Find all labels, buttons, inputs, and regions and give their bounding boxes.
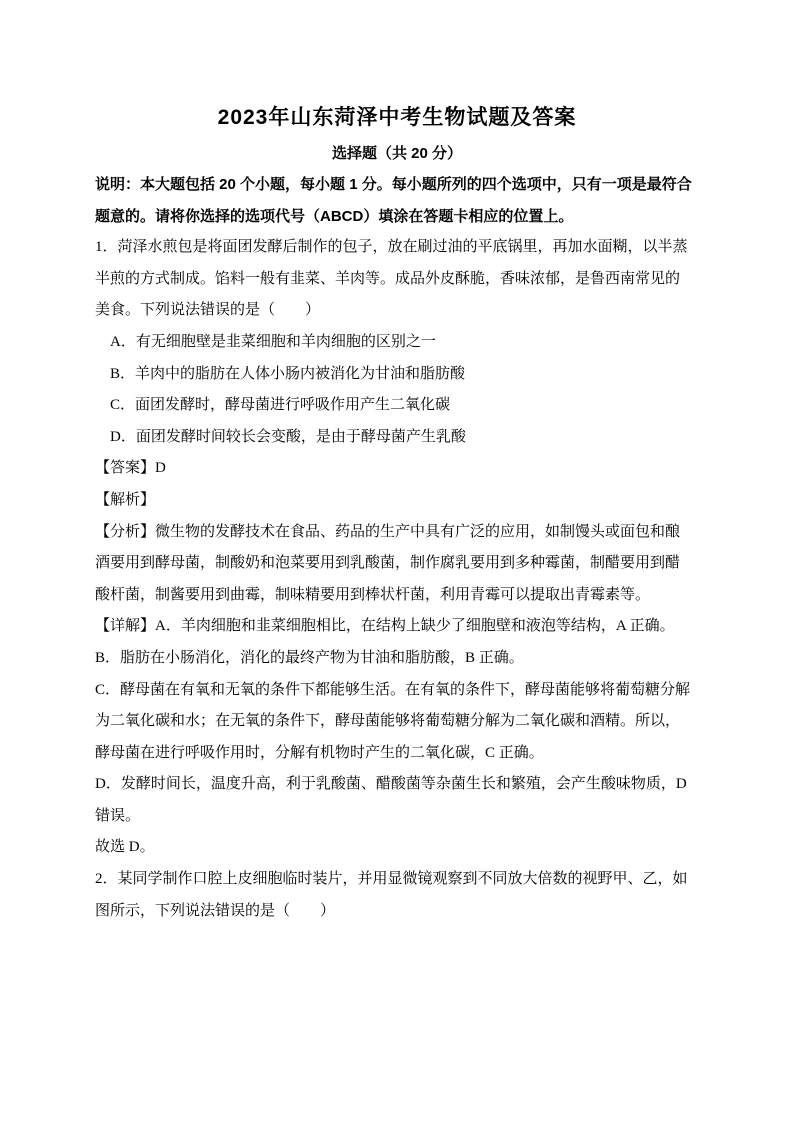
instructions-line-2: 题意的。请将你选择的选项代号（ABCD）填涂在答题卡相应的位置上。 <box>95 201 685 233</box>
question-1-option-c: C．面团发酵时，酵母菌进行呼吸作用产生二氧化碳 <box>95 390 685 422</box>
document-page: 2023年山东菏泽中考生物试题及答案 选择题（共 20 分） 说明：本大题包括 … <box>0 0 794 1123</box>
question-1-answer: 【答案】D <box>95 453 685 485</box>
question-1-conclusion: 故选 D。 <box>95 832 685 864</box>
document-title: 2023年山东菏泽中考生物试题及答案 <box>0 101 794 131</box>
question-1-option-d: D．面团发酵时间较长会变酸，是由于酵母菌产生乳酸 <box>95 422 685 454</box>
question-1-detail-line-1: 【详解】A．羊肉细胞和韭菜细胞相比，在结构上缺少了细胞壁和液泡等结构，A 正确。 <box>95 611 685 643</box>
question-1-detail-line-7: 错误。 <box>95 801 685 833</box>
question-2-stem-line-1: 2．某同学制作口腔上皮细胞临时装片，并用显微镜观察到不同放大倍数的视野甲、乙，如 <box>95 864 685 896</box>
question-1-option-a: A．有无细胞壁是韭菜细胞和羊肉细胞的区别之一 <box>95 327 685 359</box>
question-1-analysis-line-3: 酸杆菌，制酱要用到曲霉，制味精要用到棒状杆菌，利用青霉可以提取出青霉素等。 <box>95 580 685 612</box>
question-1-stem-line-1: 1．菏泽水煎包是将面团发酵后制作的包子，放在刷过油的平底锅里，再加水面糊，以半蒸 <box>95 232 685 264</box>
question-1-detail-line-6: D．发酵时间长，温度升高，利于乳酸菌、醋酸菌等杂菌生长和繁殖，会产生酸味物质，D <box>95 769 685 801</box>
question-1-analysis-line-1: 【分析】微生物的发酵技术在食品、药品的生产中具有广泛的应用，如制馒头或面包和酿 <box>95 517 685 549</box>
document-body: 说明：本大题包括 20 个小题，每小题 1 分。每小题所列的四个选项中，只有一项… <box>95 169 685 927</box>
question-1-analysis-header: 【解析】 <box>95 485 685 517</box>
question-1-detail-line-4: 为二氧化碳和水；在无氧的条件下，酵母菌能够将葡萄糖分解为二氧化碳和酒精。所以， <box>95 706 685 738</box>
question-1-detail-line-5: 酵母菌在进行呼吸作用时，分解有机物时产生的二氧化碳，C 正确。 <box>95 738 685 770</box>
question-2-stem-line-2: 图所示，下列说法错误的是（ ） <box>95 896 685 928</box>
section-heading: 选择题（共 20 分） <box>0 142 794 163</box>
question-1-analysis-line-2: 酒要用到酵母菌，制酸奶和泡菜要用到乳酸菌，制作腐乳要用到多种霉菌，制醋要用到醋 <box>95 548 685 580</box>
question-1-option-b: B．羊肉中的脂肪在人体小肠内被消化为甘油和脂肪酸 <box>95 359 685 391</box>
question-1-stem-line-3: 美食。下列说法错误的是（ ） <box>95 295 685 327</box>
question-1-detail-line-3: C．酵母菌在有氧和无氧的条件下都能够生活。在有氧的条件下，酵母菌能够将葡萄糖分解 <box>95 675 685 707</box>
question-1-detail-line-2: B．脂肪在小肠消化，消化的最终产物为甘油和脂肪酸，B 正确。 <box>95 643 685 675</box>
instructions-line-1: 说明：本大题包括 20 个小题，每小题 1 分。每小题所列的四个选项中，只有一项… <box>95 169 685 201</box>
question-1-stem-line-2: 半煎的方式制成。馅料一般有韭菜、羊肉等。成品外皮酥脆，香味浓郁，是鲁西南常见的 <box>95 264 685 296</box>
